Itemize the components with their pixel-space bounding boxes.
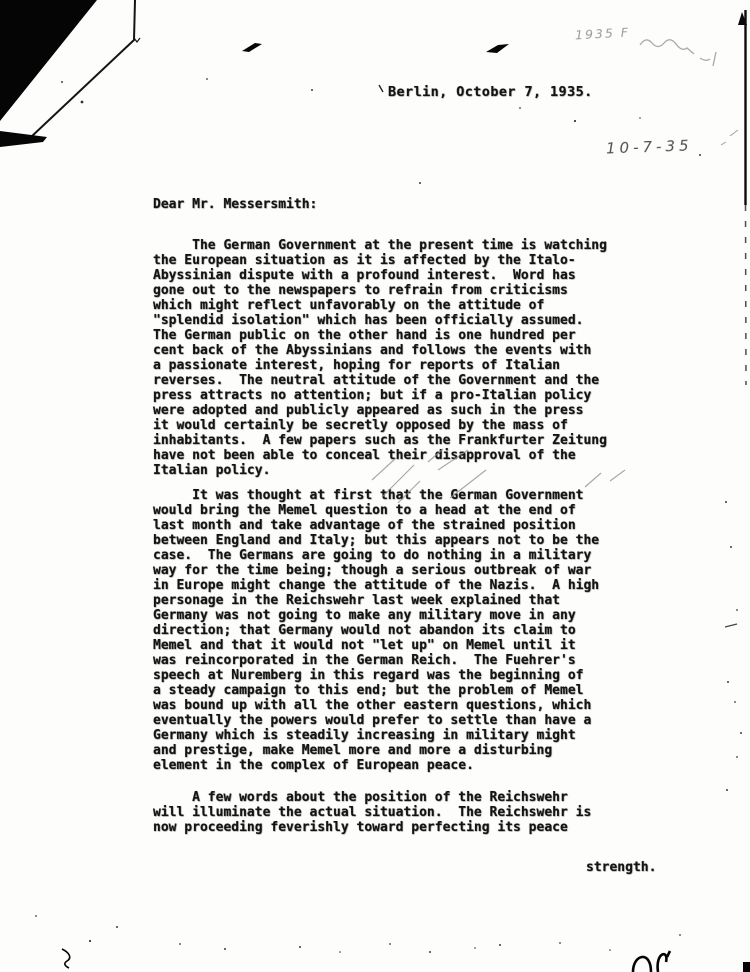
- dateline: Berlin, October 7, 1935.: [388, 85, 593, 100]
- paragraph-3: A few words about the position of the Re…: [153, 790, 591, 835]
- salutation: Dear Mr. Messersmith:: [153, 197, 317, 212]
- pencil-squiggle-artifact: [640, 40, 716, 66]
- corner-annotation: 1935 F: [575, 25, 631, 43]
- paragraph-2: It was thought at first that the German …: [153, 488, 599, 773]
- folded-corner-artifact: [0, 0, 140, 147]
- handwritten-docket-date: 10-7-35: [606, 136, 693, 157]
- letter-page: Berlin, October 7, 1935. 10-7-35 1935 F …: [0, 0, 750, 972]
- catchword-strength: strength.: [586, 860, 656, 875]
- corner-mark-artifact: [743, 962, 750, 972]
- paragraph-1: The German Government at the present tim…: [153, 238, 607, 478]
- right-edge-line-artifact: [721, 10, 747, 385]
- bottom-handwriting-artifacts: [62, 949, 670, 972]
